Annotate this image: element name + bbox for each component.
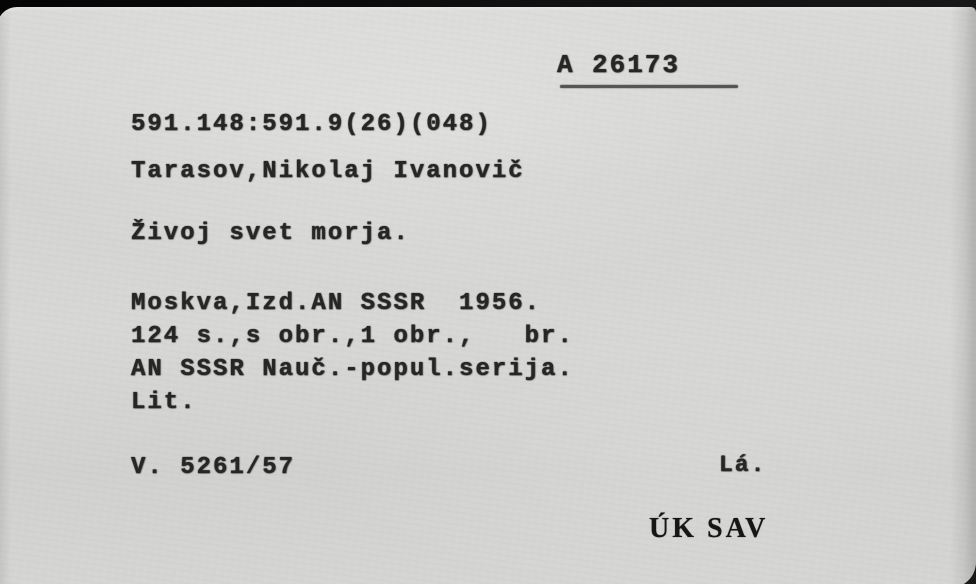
call-number-underline <box>560 85 738 88</box>
imprint-line-notes: Lit. <box>131 390 197 416</box>
library-stamp: ÚK SAV <box>649 513 768 545</box>
imprint-line-collation: 124 s.,s obr.,1 obr., br. <box>131 324 574 350</box>
imprint-line-publication: Moskva,Izd.AN SSSR 1956. <box>131 291 541 317</box>
imprint-line-series: AN SSSR Nauč.-popul.serija. <box>131 357 574 383</box>
classification-number: 591.148:591.9(26)(048) <box>131 112 492 138</box>
work-title: Živoj svet morja. <box>131 221 410 247</box>
cataloguer-initials: Lá. <box>719 453 766 478</box>
call-number-value: 26173 <box>592 51 680 80</box>
call-number-prefix: A <box>557 51 575 80</box>
catalog-card: A 26173 591.148:591.9(26)(048) Tarasov,N… <box>0 7 976 584</box>
accession-number: V. 5261/57 <box>131 455 295 481</box>
author-heading: Tarasov,Nikolaj Ivanovič <box>131 159 525 185</box>
